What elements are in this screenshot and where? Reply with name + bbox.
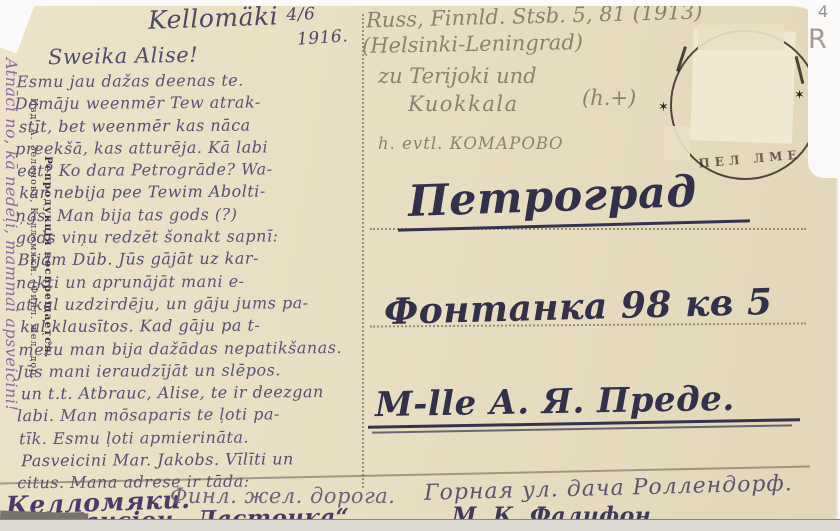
sender-street: Горная ул. дача Роллендорф. (424, 471, 793, 506)
dateline-fraction: 4/6 (286, 6, 316, 25)
letter-line: tīk. Esmu ļoti apmierināta. (19, 426, 369, 451)
letter-line: Esmu jau dažas deenas te. (17, 69, 367, 94)
letter-line: mežu man bija dažādas nepatikšanas. (18, 336, 368, 361)
letter-line: atkal uzdzirdēju, un gāju jums pa- (16, 292, 368, 317)
dateline-year: 1916. (296, 26, 348, 50)
pencil-annotation: (h.+) (582, 86, 636, 110)
pencil-annotation: (Helsinki-Leningrad) (362, 30, 583, 58)
postcard-scan: Atnāci no, kā nedēļi, mammai apsveicini!… (0, 0, 840, 531)
pencil-annotation: h. evtl. КОМАРОВО (378, 134, 564, 153)
dateline-place: Kellomäki (148, 6, 279, 35)
address-street: Фонтанка 98 кв 5 (384, 281, 773, 333)
letter-line: un t.t. Atbrauc, Alise, te ir deezgan (21, 381, 369, 406)
pencil-annotation: Russ, Finnld. Stsb. 5, 81 (1913) (366, 6, 703, 32)
letter-line: Pasveicini Mar. Jakobs. Vīlīti un (21, 448, 369, 473)
postmark-fade (698, 24, 784, 50)
letter-body: Esmu jau dažas deenas te. Domāju weenmēr… (15, 69, 370, 495)
scan-bottom-edge (0, 519, 840, 531)
address-city: Петроград (407, 167, 697, 227)
center-divider-dotted (362, 14, 364, 488)
postmark-fade (664, 126, 690, 160)
letter-line: kar nebija pee Tewim Abolti- (19, 180, 367, 205)
address-recipient: M-lle А. Я. Преде. (375, 379, 735, 425)
sender-name: М. К. Фалифон. (452, 503, 659, 520)
letter-line: Jūs mani ieraudzījāt un slēpos. (17, 359, 369, 384)
dateline: Kellomäki 4/6 (148, 6, 316, 35)
margin-mark-letter: R (808, 24, 827, 55)
letter-line: kaļ klausītos. Kad gāju pa t- (20, 314, 368, 339)
letter-line: preekšā, kas atturēja. Kā labi (15, 136, 367, 161)
pencil-annotation: Kuokkala (408, 92, 519, 116)
letter-line: labi. Man mōsaparis te ļoti pa- (17, 403, 369, 428)
pencil-annotation: zu Terijoki und (378, 64, 537, 88)
letter-line: Bijām Dūb. Jūs gājāt uz kar- (18, 247, 368, 272)
postcard-back: Atnāci no, kā nedēļi, mammai apsveicini!… (0, 6, 836, 520)
star-icon: ✶ (794, 88, 805, 103)
letter-line: eet? Ko dara Petrogrāde? Wa- (17, 158, 367, 183)
letter-line: ņgs. Man bija tas gods (?) (15, 203, 367, 228)
star-icon: ✶ (658, 100, 669, 115)
letter-line: nakti un aprunājāt mani e- (16, 269, 368, 294)
letter-line: gods viņu redzēt šonakt sapnī: (16, 225, 368, 250)
letter-line: stīt, bet weenmēr kas nāca (19, 113, 367, 138)
letter-greeting: Sweika Alise! (48, 43, 199, 70)
margin-mark-number: 4 (818, 2, 828, 21)
postmark-stamp: ✶ ✶ ПЕЛ ЛМЕ (670, 30, 816, 176)
letter-line: Domāju weenmēr Tew atrak- (15, 91, 367, 116)
